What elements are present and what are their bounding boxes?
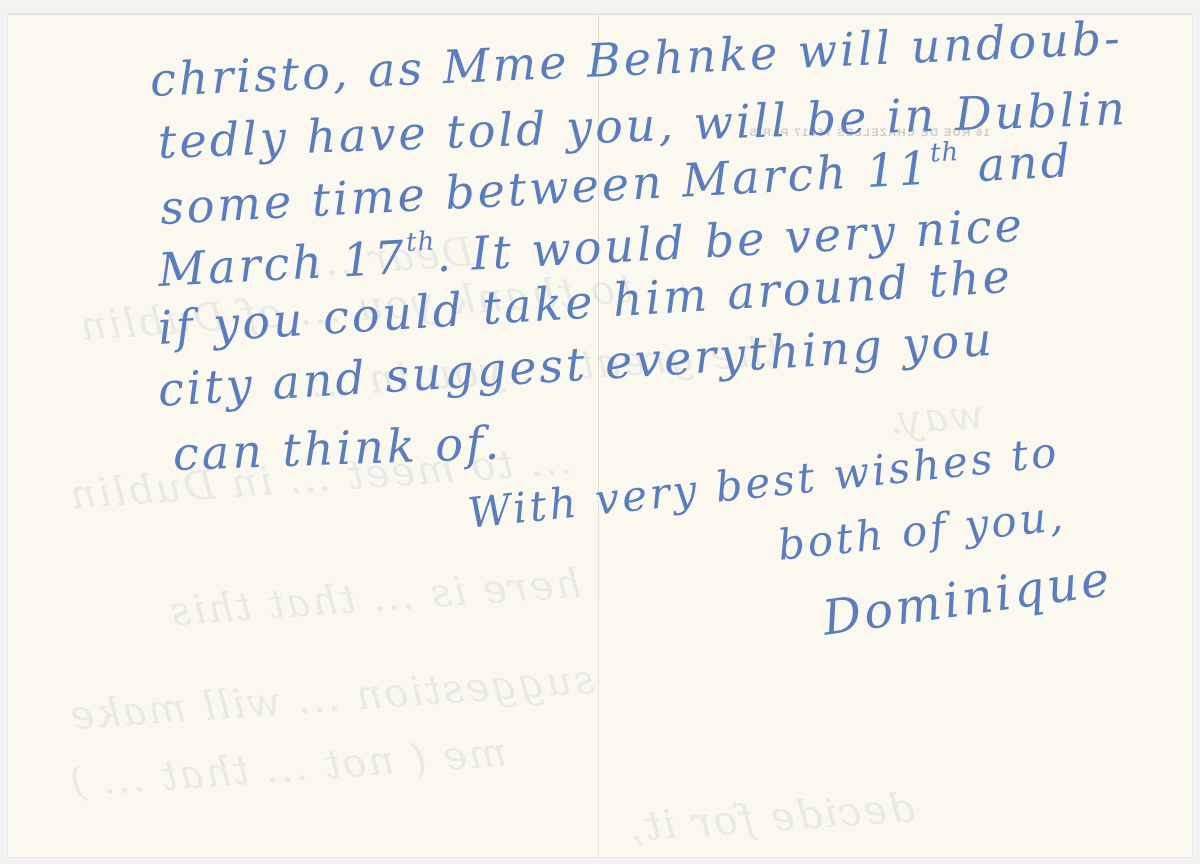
reverse-bleed-line: suggestion ... will make xyxy=(67,657,596,740)
ordinal-suffix: th xyxy=(929,137,960,168)
ordinal-suffix: th xyxy=(405,226,436,257)
reverse-bleed-line: decide for it, xyxy=(627,785,916,851)
reverse-bleed-line: here is ... that this xyxy=(167,561,583,636)
letter-line-3-end: and xyxy=(959,133,1075,193)
signature: Dominique xyxy=(820,555,1115,643)
closing-line-2: both of you, xyxy=(776,495,1068,567)
letter-line-7: can think of. xyxy=(172,420,502,477)
letter-paper: 16 RUE DE CHAZELLES 75017 PARIS Dear ...… xyxy=(8,14,1192,857)
scanned-page: 16 RUE DE CHAZELLES 75017 PARIS Dear ...… xyxy=(0,0,1200,864)
reverse-bleed-line: me ( not ... that ... ) xyxy=(67,730,508,807)
